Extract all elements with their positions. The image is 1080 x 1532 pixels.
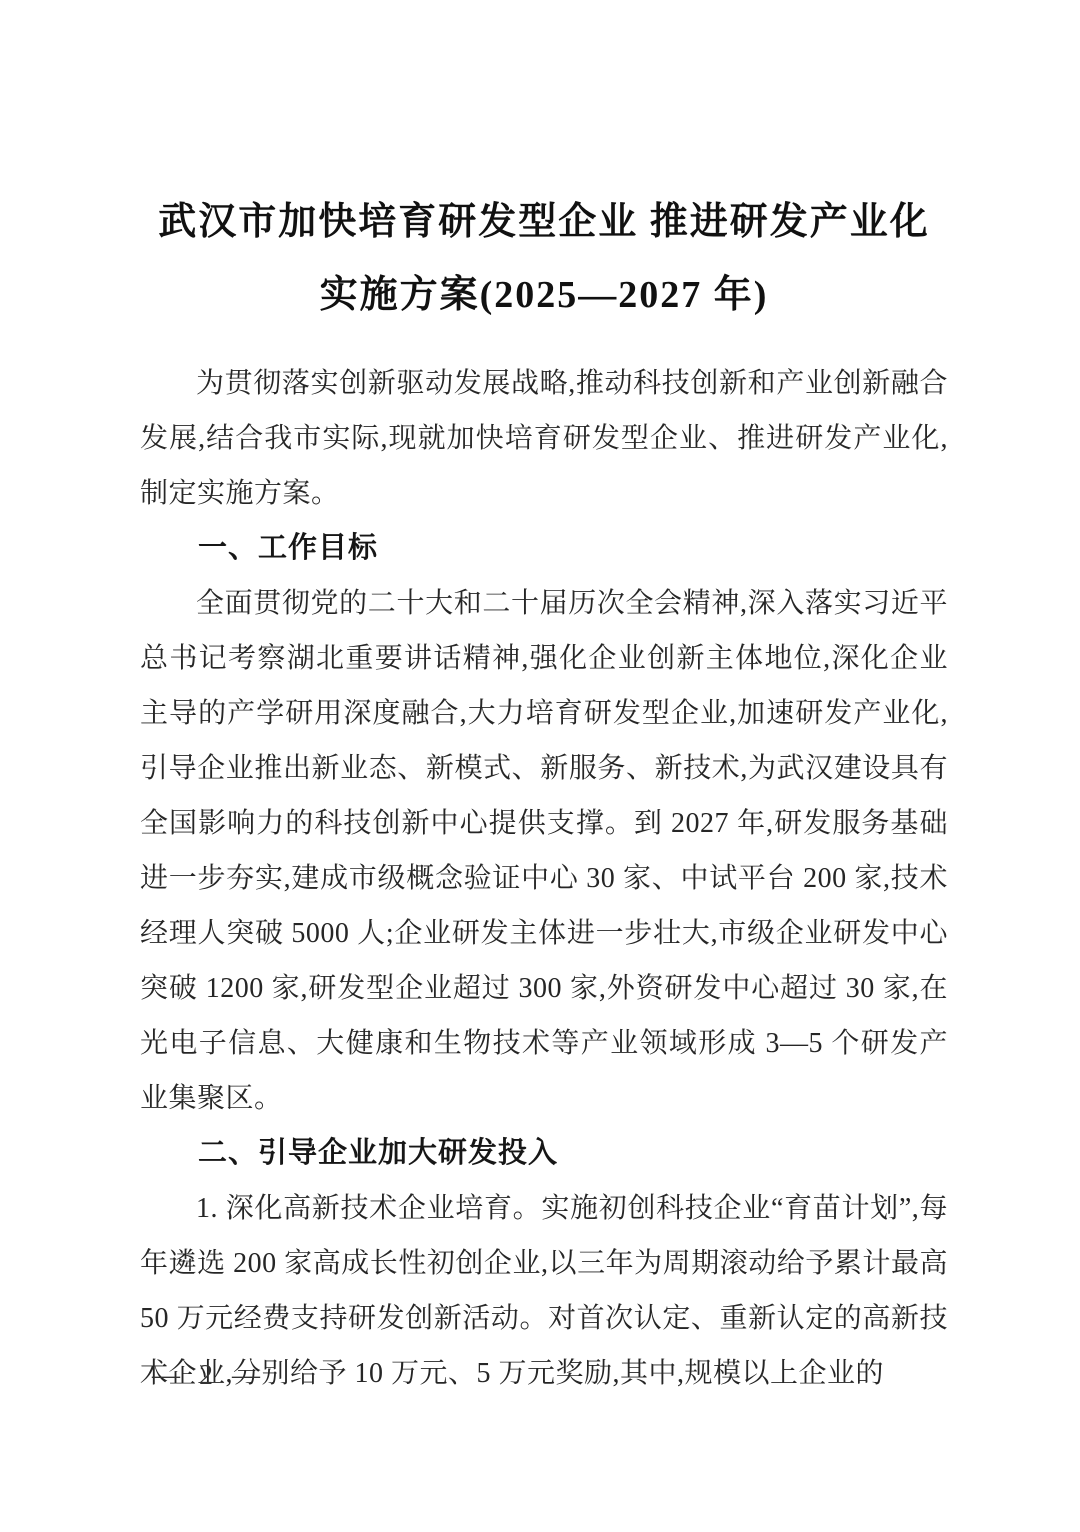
document-title-line2: 实施方案(2025—2027 年)	[140, 259, 948, 332]
page-number: — 2 —	[152, 1360, 266, 1392]
document-content: 武汉市加快培育研发型企业 推进研发产业化 实施方案(2025—2027 年) 为…	[140, 186, 948, 1401]
document-title-line1: 武汉市加快培育研发型企业 推进研发产业化	[140, 186, 948, 259]
document-title: 武汉市加快培育研发型企业 推进研发产业化 实施方案(2025—2027 年)	[140, 186, 948, 332]
section-heading-work-goals: 一、工作目标	[140, 521, 948, 576]
section-heading-rd-investment: 二、引导企业加大研发投入	[140, 1126, 948, 1181]
document-body: 为贯彻落实创新驱动发展战略,推动科技创新和产业创新融合发展,结合我市实际,现就加…	[140, 356, 948, 1401]
paragraph-work-goals: 全面贯彻党的二十大和二十届历次全会精神,深入落实习近平总书记考察湖北重要讲话精神…	[140, 576, 948, 1126]
document-page: 武汉市加快培育研发型企业 推进研发产业化 实施方案(2025—2027 年) 为…	[0, 0, 1080, 1532]
paragraph-intro: 为贯彻落实创新驱动发展战略,推动科技创新和产业创新融合发展,结合我市实际,现就加…	[140, 356, 948, 521]
